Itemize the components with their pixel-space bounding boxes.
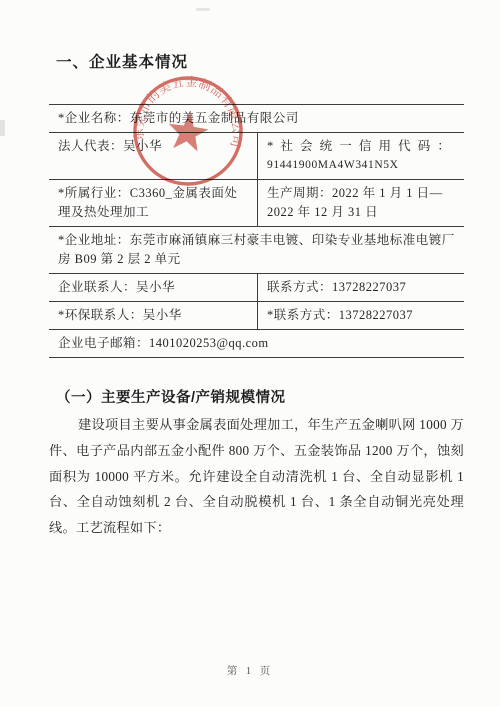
field-contact-person: 企业联系人：吴小华 <box>49 274 258 301</box>
field-env-contact-person: *环保联系人：吴小华 <box>49 302 258 329</box>
field-industry: *所属行业：C3360_金属表面处理及热处理加工 <box>49 180 258 226</box>
field-env-contact-phone: *联系方式：13728227037 <box>258 302 464 329</box>
scan-artifact <box>196 8 210 11</box>
company-info-table: *企业名称：东莞市的美五金制品有限公司 法人代表：吴小华 * 社 会 统 一 信… <box>49 104 464 358</box>
table-row-industry-period: *所属行业：C3360_金属表面处理及热处理加工 生产周期：2022 年 1 月… <box>49 180 464 227</box>
table-row-contact: 企业联系人：吴小华 联系方式：13728227037 <box>49 274 464 302</box>
field-legal-representative: 法人代表：吴小华 <box>49 133 258 179</box>
production-scale-paragraph: 建设项目主要从事金属表面处理加工，年生产五金喇叭网 1000 万件、电子产品内部… <box>49 412 464 541</box>
section-1-title: 一、企业基本情况 <box>56 50 188 72</box>
scanned-document-page: 一、企业基本情况 *企业名称：东莞市的美五金制品有限公司 法人代表：吴小华 * … <box>0 0 500 707</box>
credit-code-label: * 社 会 统 一 信 用 代 码 ： <box>267 137 456 156</box>
field-production-period: 生产周期：2022 年 1 月 1 日—2022 年 12 月 31 日 <box>258 180 464 226</box>
table-row-company-name: *企业名称：东莞市的美五金制品有限公司 <box>49 105 464 133</box>
scan-artifact <box>0 120 5 136</box>
field-company-email: 企业电子邮箱：1401020253@qq.com <box>49 330 463 357</box>
table-row-company-address: *企业地址：东莞市麻涌镇麻三村豪丰电镀、印染专业基地标准电镀厂房 B09 第 2… <box>49 227 464 274</box>
credit-code-value: 91441900MA4W341N5X <box>267 156 456 175</box>
table-row-legal-rep-credit-code: 法人代表：吴小华 * 社 会 统 一 信 用 代 码 ： 91441900MA4… <box>49 133 464 180</box>
page-number: 第 1 页 <box>0 663 500 678</box>
table-row-company-email: 企业电子邮箱：1401020253@qq.com <box>49 330 464 358</box>
field-company-address: *企业地址：东莞市麻涌镇麻三村豪丰电镀、印染专业基地标准电镀厂房 B09 第 2… <box>49 227 463 273</box>
field-credit-code: * 社 会 统 一 信 用 代 码 ： 91441900MA4W341N5X <box>258 133 464 179</box>
table-row-env-contact: *环保联系人：吴小华 *联系方式：13728227037 <box>49 302 464 330</box>
field-contact-phone: 联系方式：13728227037 <box>258 274 464 301</box>
field-company-name: *企业名称：东莞市的美五金制品有限公司 <box>49 105 463 132</box>
section-2-title: （一）主要生产设备/产销规模情况 <box>56 386 286 407</box>
